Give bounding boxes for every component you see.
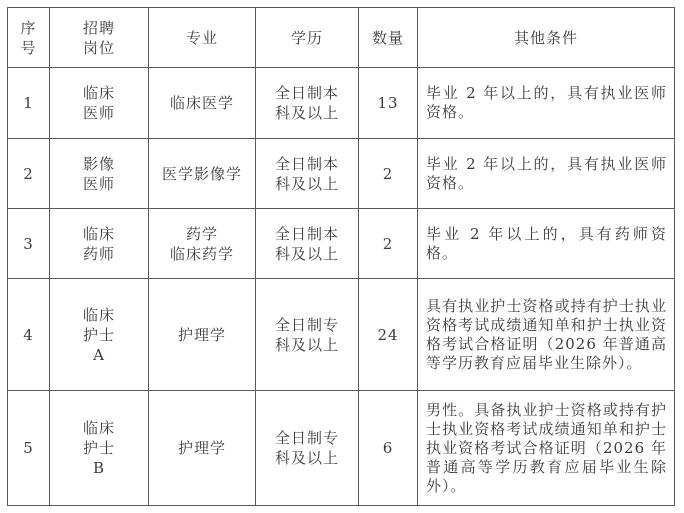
header-no: 序 号 <box>8 8 50 68</box>
header-count: 数量 <box>359 8 418 68</box>
cell-position: 影像 医师 <box>50 139 149 209</box>
cell-conditions: 男性。具备执业护士资格或持有护士执业资格考试成绩通知单和护士执业资格考试合格证明… <box>418 391 675 506</box>
cell-count: 6 <box>359 391 418 506</box>
cell-position: 临床 药师 <box>50 209 149 279</box>
table-row: 2 影像 医师 医学影像学 全日制本 科及以上 2 毕业 2 年以上的，具有执业… <box>8 139 675 209</box>
cell-count: 2 <box>359 139 418 209</box>
cell-no: 5 <box>8 391 50 506</box>
cell-position: 临床 护士 A <box>50 279 149 391</box>
cell-major: 护理学 <box>149 391 256 506</box>
cell-education: 全日制专 科及以上 <box>256 279 359 391</box>
cell-no: 1 <box>8 68 50 139</box>
cell-education: 全日制本 科及以上 <box>256 139 359 209</box>
table-row: 5 临床 护士 B 护理学 全日制专 科及以上 6 男性。具备执业护士资格或持有… <box>8 391 675 506</box>
header-major: 专业 <box>149 8 256 68</box>
cell-education: 全日制专 科及以上 <box>256 391 359 506</box>
cell-major: 医学影像学 <box>149 139 256 209</box>
cell-count: 24 <box>359 279 418 391</box>
cell-major: 临床医学 <box>149 68 256 139</box>
cell-position: 临床 护士 B <box>50 391 149 506</box>
cell-conditions: 具有执业护士资格或持有护士执业资格考试成绩通知单和护士执业资格考试合格证明（20… <box>418 279 675 391</box>
table-row: 1 临床 医师 临床医学 全日制本 科及以上 13 毕业 2 年以上的，具有执业… <box>8 68 675 139</box>
cell-position: 临床 医师 <box>50 68 149 139</box>
table-row: 4 临床 护士 A 护理学 全日制专 科及以上 24 具有执业护士资格或持有护士… <box>8 279 675 391</box>
cell-conditions: 毕业 2 年以上的，具有执业医师资格。 <box>418 68 675 139</box>
cell-count: 13 <box>359 68 418 139</box>
table-row: 3 临床 药师 药学 临床药学 全日制本 科及以上 2 毕业 2 年以上的，具有… <box>8 209 675 279</box>
header-conditions: 其他条件 <box>418 8 675 68</box>
cell-no: 3 <box>8 209 50 279</box>
cell-major: 药学 临床药学 <box>149 209 256 279</box>
recruitment-table: 序 号 招聘 岗位 专业 学历 数量 其他条件 1 临床 医师 临床医学 全日制… <box>7 7 675 506</box>
header-education: 学历 <box>256 8 359 68</box>
cell-education: 全日制本 科及以上 <box>256 68 359 139</box>
header-position: 招聘 岗位 <box>50 8 149 68</box>
cell-major: 护理学 <box>149 279 256 391</box>
cell-conditions: 毕业 2 年以上的，具有执业医师资格。 <box>418 139 675 209</box>
cell-count: 2 <box>359 209 418 279</box>
cell-education: 全日制本 科及以上 <box>256 209 359 279</box>
cell-no: 2 <box>8 139 50 209</box>
document-page: 序 号 招聘 岗位 专业 学历 数量 其他条件 1 临床 医师 临床医学 全日制… <box>0 0 684 513</box>
header-row: 序 号 招聘 岗位 专业 学历 数量 其他条件 <box>8 8 675 68</box>
cell-no: 4 <box>8 279 50 391</box>
cell-conditions: 毕业 2 年以上的，具有药师资格。 <box>418 209 675 279</box>
